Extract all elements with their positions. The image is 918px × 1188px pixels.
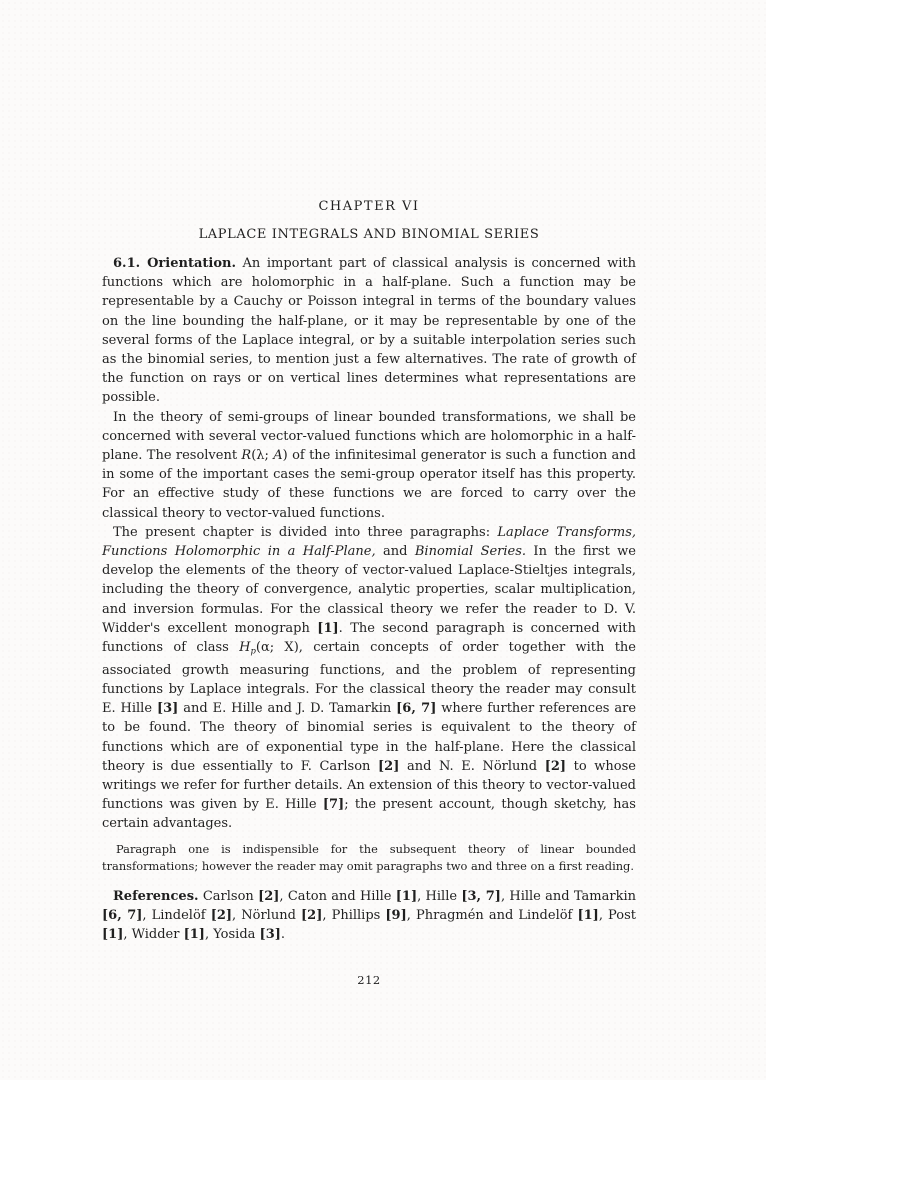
bold-text: [3] [157, 701, 178, 716]
paragraph-orientation: 6.1. Orientation. An important part of c… [102, 254, 636, 408]
text-run: (λ; [251, 448, 273, 463]
text-run: , Post [599, 908, 636, 923]
bold-text: [3] [260, 927, 281, 942]
bold-text: [1] [317, 621, 338, 636]
bold-text: [6, 7] [396, 701, 436, 716]
text-run: , Nörlund [232, 908, 301, 923]
text-run: , Widder [123, 927, 183, 942]
text-run: An important part of classical analysis … [102, 256, 636, 405]
fine-print-note: Paragraph one is indispensible for the s… [102, 841, 636, 876]
body-paragraphs: 6.1. Orientation. An important part of c… [102, 254, 636, 834]
italic-text: R [241, 448, 251, 463]
text-run: . [281, 927, 285, 942]
text-run: , Lindelöf [142, 908, 210, 923]
text-run: , Yosida [205, 927, 260, 942]
bold-text: [7] [323, 797, 344, 812]
text-run: The present chapter is divided into thre… [113, 525, 497, 540]
bold-text: [1] [396, 889, 417, 904]
page-number: 212 [102, 973, 636, 987]
paper-scan-area: CHAPTER VI LAPLACE INTEGRALS AND BINOMIA… [0, 0, 766, 1080]
bold-text: [2] [378, 759, 399, 774]
bold-text: [2] [301, 908, 322, 923]
bold-text: [2] [545, 759, 566, 774]
bold-text: [9] [385, 908, 406, 923]
text-run: Carlson [199, 889, 259, 904]
paragraph-references: References. Carlson [2], Caton and Hille… [102, 887, 636, 945]
bold-text: [2] [258, 889, 279, 904]
bold-text: [1] [184, 927, 205, 942]
chapter-title: LAPLACE INTEGRALS AND BINOMIAL SERIES [102, 227, 636, 243]
paragraph-semi-groups: In the theory of semi-groups of linear b… [102, 408, 636, 523]
paragraph-reading-note: Paragraph one is indispensible for the s… [102, 841, 636, 876]
text-block: CHAPTER VI LAPLACE INTEGRALS AND BINOMIA… [102, 199, 636, 987]
bold-text: [1] [102, 927, 123, 942]
text-run: and [376, 544, 415, 559]
text-run: , Hille and Tamarkin [501, 889, 636, 904]
chapter-heading: CHAPTER VI [102, 199, 636, 214]
scanned-book-page: CHAPTER VI LAPLACE INTEGRALS AND BINOMIA… [0, 0, 918, 1188]
bold-text: [3, 7] [461, 889, 501, 904]
italic-text: Functions Holomorphic in a Half-Plane, [102, 544, 376, 559]
text-run: , Hille [417, 889, 461, 904]
text-run: and E. Hille and J. D. Tamarkin [178, 701, 396, 716]
text-run: and N. E. Nörlund [399, 759, 544, 774]
references-paragraph: References. Carlson [2], Caton and Hille… [102, 887, 636, 945]
bold-text: [6, 7] [102, 908, 142, 923]
bold-text: References. [113, 889, 199, 904]
bold-text: 6.1. Orientation. [113, 256, 236, 271]
text-run: Paragraph one is indispensible for the s… [102, 842, 636, 874]
italic-text: H [239, 640, 250, 655]
bold-text: [1] [577, 908, 598, 923]
italic-text: A [273, 448, 282, 463]
bold-text: [2] [211, 908, 232, 923]
text-run: , Phillips [322, 908, 385, 923]
paragraph-present-chapter: The present chapter is divided into thre… [102, 523, 636, 834]
italic-text: Binomial Series. [415, 544, 526, 559]
italic-text: Laplace Transforms, [497, 525, 636, 540]
text-run: , Phragmén and Lindelöf [407, 908, 578, 923]
text-run: , Caton and Hille [279, 889, 395, 904]
